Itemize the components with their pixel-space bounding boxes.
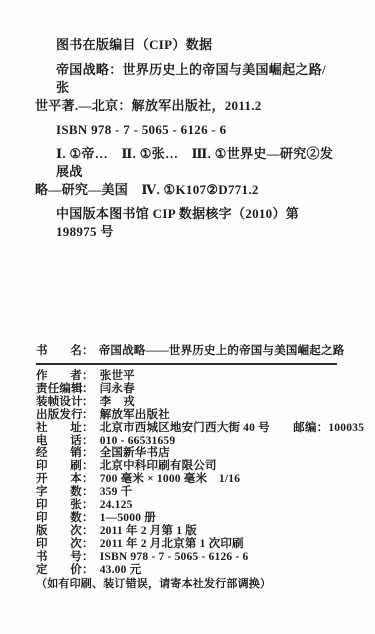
book-title-label: 书名 <box>36 344 82 358</box>
colophon-row-value: 2011 年 2 月第 1 版 <box>100 525 197 537</box>
colophon-row-colon: ： <box>82 396 94 408</box>
colophon-row-label: 印次 <box>36 538 82 551</box>
colophon-row-value: 24.125 <box>100 499 133 511</box>
colophon-title-row: 书名：帝国战略——世界历史上的帝国与美国崛起之路 <box>36 344 337 365</box>
book-cip-page: 图书在版编目（CIP）数据 帝国战略：世界历史上的帝国与美国崛起之路/张世平著.… <box>0 0 375 634</box>
cip-line: 中国版本图书馆 CIP 数据核字（2010）第 198975 号 <box>35 205 339 241</box>
colophon-row-colon: ： <box>82 499 94 511</box>
colophon-rows: 作者：张世平 责任编辑：闫永春 装帧设计：李 戎 出版发行：解放军出版社 社址：… <box>36 365 337 577</box>
colophon-row: 社址：北京市西城区地安门西大街 40 号 邮编：100035 <box>36 422 337 435</box>
colophon-row-value: 2011 年 2 月北京第 1 次印刷 <box>100 538 244 550</box>
colophon-row-label: 印刷 <box>36 460 82 473</box>
colophon-row-colon: ： <box>82 512 94 524</box>
book-title: 帝国战略——世界历史上的帝国与美国崛起之路 <box>99 345 345 357</box>
colophon-row: 印次：2011 年 2 月北京第 1 次印刷 <box>36 538 337 551</box>
colophon-row-value: ISBN 978 - 7 - 5065 - 6126 - 6 <box>100 551 249 563</box>
colophon-row-value: 张世平 <box>100 370 135 382</box>
colophon-row: 印刷：北京中科印刷有限公司 <box>36 460 337 473</box>
colophon-row-label: 经销 <box>36 447 82 460</box>
colophon-row: 字数：359 千 <box>36 486 337 499</box>
colophon-row-value: 43.00 元 <box>100 564 142 576</box>
colophon-row-value: 解放军出版社 <box>100 409 170 421</box>
cip-line: ISBN 978 - 7 - 5065 - 6126 - 6 <box>35 121 339 139</box>
colophon-row-value: 闫永春 <box>100 383 135 395</box>
colophon-row-value: 李 戎 <box>100 396 135 408</box>
colophon-row: 印数：1—5000 册 <box>36 512 337 525</box>
cip-header: 图书在版编目（CIP）数据 <box>35 36 339 54</box>
colophon-row-label: 版次 <box>36 525 82 538</box>
colophon-row-label: 开本 <box>36 473 82 486</box>
colophon-row-value: 010 - 66531659 <box>100 435 176 447</box>
cip-line: 略—研究—美国 Ⅳ. ①K107②D771.2 <box>35 181 339 199</box>
colophon-row-colon: ： <box>82 409 94 421</box>
colophon-row-label: 作者 <box>36 370 82 383</box>
cip-line: Ⅰ. ①帝… Ⅱ. ①张… Ⅲ. ①世界史—研究②发展战 <box>35 145 339 181</box>
colophon-row-colon: ： <box>82 551 94 563</box>
colophon-row-label: 责任编辑 <box>36 383 82 396</box>
colophon-row-colon: ： <box>82 525 94 537</box>
colophon-row-value: 359 千 <box>100 486 133 498</box>
colophon-row: 印张：24.125 <box>36 499 337 512</box>
colophon-row: 出版发行：解放军出版社 <box>36 409 337 422</box>
colophon-row-colon: ： <box>82 383 94 395</box>
colophon-row-label: 出版发行 <box>36 409 82 422</box>
colophon-row-label: 装帧设计 <box>36 396 82 409</box>
colophon-row: 版次：2011 年 2 月第 1 版 <box>36 525 337 538</box>
colophon-row-label: 字数 <box>36 486 82 499</box>
colophon-row: 经销：全国新华书店 <box>36 447 337 460</box>
colophon-row-label: 定价 <box>36 564 82 577</box>
colophon-row-label: 电话 <box>36 435 82 448</box>
colophon-row-colon: ： <box>82 435 94 447</box>
colophon-row-label: 书号 <box>36 551 82 564</box>
colophon-row-label: 印数 <box>36 512 82 525</box>
colophon-row-value: 700 毫米 × 1000 毫米 1/16 <box>100 473 240 485</box>
colophon-row-colon: ： <box>82 486 94 498</box>
colophon-row-colon: ： <box>82 447 94 459</box>
colophon-row-value: 1—5000 册 <box>100 512 156 524</box>
colophon-row-colon: ： <box>82 370 94 382</box>
colophon-row: 电话：010 - 66531659 <box>36 435 337 448</box>
colophon-row: 开本：700 毫米 × 1000 毫米 1/16 <box>36 473 337 486</box>
colophon-row-value: 北京中科印刷有限公司 <box>100 460 217 472</box>
cip-lines: 帝国战略：世界历史上的帝国与美国崛起之路/张世平著.—北京：解放军出版社，201… <box>35 61 339 241</box>
colophon-row-colon: ： <box>82 422 94 434</box>
colophon-row-colon: ： <box>82 538 94 550</box>
colophon-row-value: 北京市西城区地安门西大街 40 号 邮编：100035 <box>100 422 364 434</box>
colophon-row-label: 印张 <box>36 499 82 512</box>
colophon-row-label: 社址 <box>36 422 82 435</box>
colophon-row: 作者：张世平 <box>36 370 337 383</box>
book-title-colon: ： <box>82 345 94 357</box>
colophon-row-colon: ： <box>82 460 94 472</box>
colophon-block: 书名：帝国战略——世界历史上的帝国与美国崛起之路 作者：张世平 责任编辑：闫永春… <box>36 344 337 591</box>
cip-line: 帝国战略：世界历史上的帝国与美国崛起之路/张 <box>35 61 339 97</box>
colophon-row-colon: ： <box>82 564 94 576</box>
colophon-row: 定价：43.00 元 <box>36 564 337 577</box>
colophon-row-value: 全国新华书店 <box>100 447 170 459</box>
colophon-row-colon: ： <box>82 473 94 485</box>
cip-data-block: 图书在版编目（CIP）数据 帝国战略：世界历史上的帝国与美国崛起之路/张世平著.… <box>35 36 339 241</box>
colophon-row: 书号：ISBN 978 - 7 - 5065 - 6126 - 6 <box>36 551 337 564</box>
cip-line: 世平著.—北京：解放军出版社，2011.2 <box>35 97 339 115</box>
colophon-row: 装帧设计：李 戎 <box>36 396 337 409</box>
reprint-note: （如有印刷、装订错误，请寄本社发行部调换） <box>36 578 337 591</box>
colophon-row: 责任编辑：闫永春 <box>36 383 337 396</box>
